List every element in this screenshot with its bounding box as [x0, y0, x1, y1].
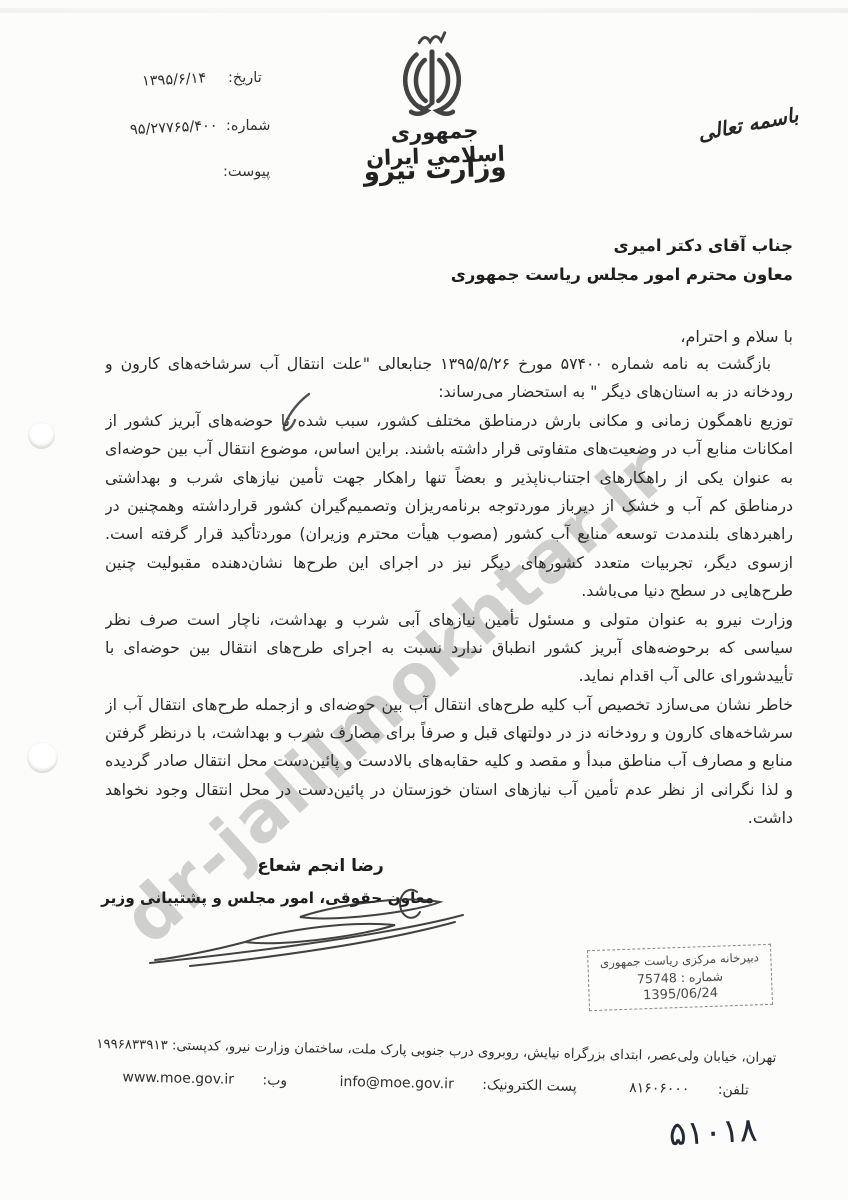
- body-line: به عنوان یکی از راهکارهای اجتناب‌ناپذیر …: [105, 464, 793, 492]
- footer-phone: تلفن: ۸۱۶۰۶۰۰۰: [617, 1080, 761, 1099]
- besmele-calligraphy: باسمه تعالی: [687, 101, 809, 147]
- body-line: سیاسی که برحوضه‌های آبریز کشور انطباق ند…: [105, 634, 793, 662]
- iran-emblem-icon: [386, 30, 478, 130]
- body-line: امکانات منابع آب در وضعیت‌های متفاوتی قر…: [105, 435, 793, 463]
- body-line: سرشاخه‌های کارون و رودخانه دز در دولتهای…: [105, 719, 793, 747]
- body-line: ازسوی دیگر، تجربیات متعدد کشورهای دیگر ن…: [105, 549, 793, 577]
- letter-body: بازگشت به نامه شماره ۵۷۴۰۰ مورخ ۱۳۹۵/۵/۲…: [105, 350, 793, 833]
- scan-artifact-top-edge: [0, 8, 848, 13]
- web-label: وب:: [262, 1072, 287, 1089]
- punch-hole-top: [28, 422, 55, 449]
- body-line: تأییدشورای عالی آب اقدام نماید.: [105, 662, 793, 690]
- body-line: و لذا نگرانی از نظر عدم تأمین آب نیازهای…: [105, 776, 793, 804]
- date-value: ۱۳۹۵/۶/۱۴: [142, 70, 207, 89]
- body-line: داشت.: [105, 804, 793, 832]
- body-line: بازگشت به نامه شماره ۵۷۴۰۰ مورخ ۱۳۹۵/۵/۲…: [105, 350, 793, 378]
- number-label: شماره:: [226, 118, 270, 134]
- footer-contact-line: تلفن: ۸۱۶۰۶۰۰۰ پست الکترونیک: info@moe.g…: [80, 1069, 792, 1100]
- phone-value: ۸۱۶۰۶۰۰۰: [629, 1080, 689, 1097]
- handwritten-registration-number: ۵۱۰۱۸: [637, 1108, 789, 1155]
- body-line: درمناطق کم آب و خشک از دیرباز موردتوجه ب…: [105, 492, 793, 520]
- attachment-label: پیوست:: [223, 164, 270, 180]
- footer-email: پست الکترونیک: info@moe.gov.ir: [327, 1074, 589, 1095]
- email-value: info@moe.gov.ir: [339, 1074, 454, 1092]
- body-line: طرح‌هایی در سطح دنیا می‌باشد.: [105, 577, 793, 605]
- greeting-line: با سلام و احترام،: [680, 327, 793, 346]
- pen-mark: [265, 388, 315, 438]
- body-line: رودخانه دز به استان‌های دیگر " به استحضا…: [105, 378, 793, 406]
- body-line: وزارت نیرو به عنوان متولی و مسئول تأمین …: [105, 606, 793, 634]
- handwritten-signature: [95, 870, 495, 980]
- ministry-name-calligraphy: وزارت نیرو: [360, 152, 511, 187]
- phone-label: تلفن:: [718, 1082, 749, 1099]
- body-line: توزیع ناهمگون زمانی و مکانی بارش درمناطق…: [105, 407, 793, 435]
- body-line: منابع و مصارف آب مناطق مبدأ و مقصد و کلی…: [105, 747, 793, 775]
- recipient-title: معاون محترم امور مجلس ریاست جمهوری: [451, 260, 793, 289]
- web-value: www.moe.gov.ir: [122, 1069, 234, 1087]
- letterhead-footer: تهران، خیابان ولی‌عصر، ابتدای بزرگراه نی…: [80, 1035, 793, 1100]
- date-label: تاریخ:: [228, 70, 262, 86]
- number-value: ۹۵/۲۷۷۶۵/۴۰۰: [130, 118, 218, 139]
- body-line: خاطر نشان می‌سازد تخصیص آب کلیه طرح‌های …: [105, 691, 793, 719]
- body-line: راهبردهای بلندمدت توسعه منابع آب کشور (م…: [105, 520, 793, 548]
- recipient-block: جناب آقای دکتر امیری معاون محترم امور مج…: [451, 231, 793, 289]
- footer-address: تهران، خیابان ولی‌عصر، ابتدای بزرگراه نی…: [80, 1035, 792, 1070]
- recipient-name: جناب آقای دکتر امیری: [451, 231, 793, 260]
- email-label: پست الکترونیک:: [482, 1077, 577, 1095]
- footer-web: وب: www.moe.gov.ir: [110, 1069, 299, 1089]
- punch-hole-bottom: [27, 742, 58, 773]
- scanned-letter-page: dr-jalilmokhtar.ir باسمه تعالی جمهوری اس…: [0, 0, 848, 1200]
- secretariat-stamp: دبیرخانه مرکزی ریاست جمهوری شماره : 7574…: [587, 944, 773, 1011]
